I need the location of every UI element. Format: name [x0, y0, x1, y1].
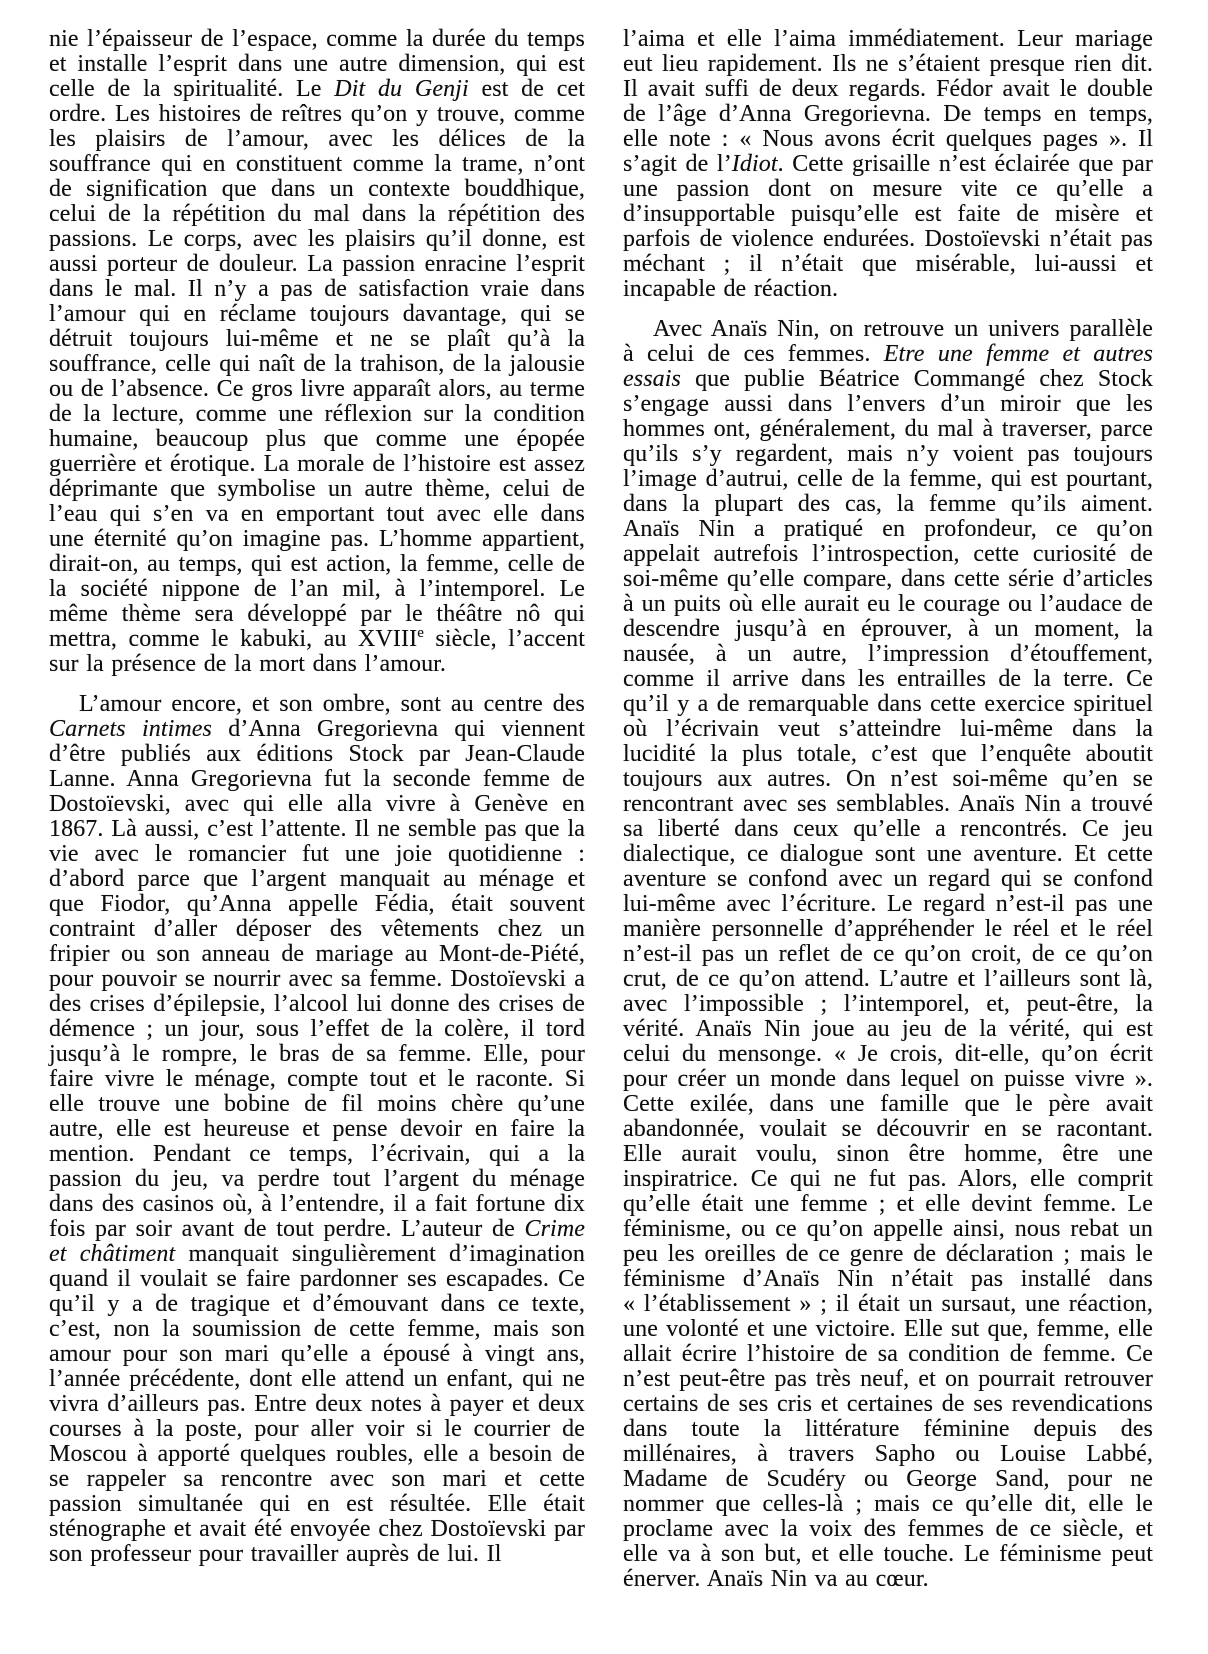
text-segment-normal: est de cet ordre. Les histoires de reîtr… [49, 76, 585, 652]
text-segment-italic: Dit du Genji [334, 76, 468, 102]
text-segment-italic: Carnets intimes [49, 716, 212, 742]
text-segment-normal: d’Anna Gregorievna qui viennent d’être p… [49, 716, 585, 1242]
text-segment-italic: Idiot [732, 151, 778, 177]
text-segment-normal: manquait singulièrement d’imagination qu… [49, 1241, 585, 1567]
article-paragraph: L’amour encore, et son ombre, sont au ce… [49, 692, 585, 1567]
text-segment-normal: L’amour encore, et son ombre, sont au ce… [79, 691, 585, 717]
article-paragraph: Avec Anaïs Nin, on retrouve un univers p… [623, 317, 1153, 1592]
article-column-right: l’aima et elle l’aima immédiatement. Leu… [623, 27, 1153, 1592]
article-paragraph: nie l’épaisseur de l’espace, comme la du… [49, 27, 585, 677]
article-column-left: nie l’épaisseur de l’espace, comme la du… [49, 27, 585, 1567]
text-segment-normal: que publie Béatrice Commangé chez Stock … [623, 366, 1153, 1592]
scanned-article-page: nie l’épaisseur de l’espace, comme la du… [0, 0, 1208, 1654]
article-paragraph: l’aima et elle l’aima immédiatement. Leu… [623, 27, 1153, 302]
text-segment-superscript: e [417, 625, 424, 641]
